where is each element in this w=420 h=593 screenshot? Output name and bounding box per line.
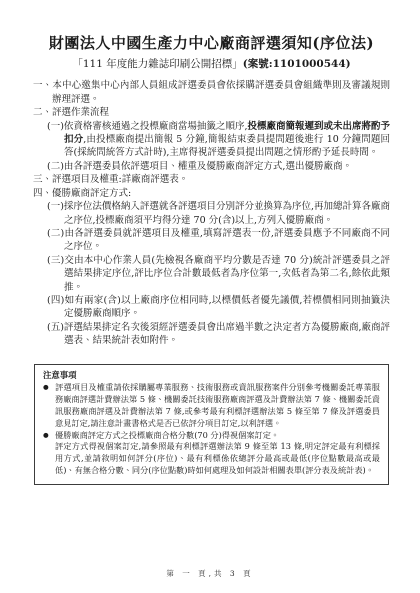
section-4-item-5-text: 評選結果排定名次後須經評選委員會出席過半數之決定者方為優勝廠商,廠商評選表、結果…	[64, 322, 390, 346]
section-2-item-1-prefix: (一)	[47, 121, 64, 132]
bullet-icon: ●	[43, 430, 55, 442]
section-3-text: 評選項目及權重:詳廠商評選表。	[52, 174, 188, 185]
section-2-heading: 二、評選作業流程	[33, 106, 390, 119]
section-4-item-1: (一)採序位法價格納入評選就各評選項目分別評分並換算為序位,再加總計算各廠商之序…	[47, 200, 390, 227]
section-1: 一、本中心邀集中心內部人員組成評選委員會依採購評選委員會組織準則及審議規則辦理評…	[33, 79, 390, 106]
page-number: 第 一 頁,共 3 頁	[0, 568, 420, 579]
section-4-item-4-text: 如有兩家(含)以上廠商序位相同時,以標價低者優先議價,若標價相同則抽籤決定優勝廠…	[64, 295, 390, 319]
section-2-item-2-prefix: (二)	[47, 161, 64, 172]
notes-box: 注意事項 ●評選項目及權重請依採購屬專業服務、技術服務或資訊服務案件分別參考機關…	[34, 364, 389, 485]
note-item-2-text: 優勝廠商評定方式之投標廠商合格分數(70 分)得視個案訂定。	[55, 430, 279, 440]
document-title: 財團法人中國生產力中心廠商評選須知(序位法)	[33, 34, 390, 53]
section-2-item-2: (二)由各評選委員依評選項目、權重及優勝廠商評定方式,選出優勝廠商。	[47, 160, 390, 173]
section-1-prefix: 一、	[33, 80, 52, 91]
section-4-item-3: (三)交由本中心作業人員(先檢視各廠商平均分數是否達 70 分)統計評選委員之評…	[47, 254, 390, 294]
section-2-item-1-text-post: ,由投標廠商提出簡報 5 分鐘,簡報結束委員提問題後進行 10 分鐘問題回答(採…	[64, 134, 390, 158]
note-item-1: ●評選項目及權重請依採購屬專業服務、技術服務或資訊服務案件分別參考機關委託專業服…	[43, 382, 380, 429]
section-4-item-2-prefix: (二)	[47, 228, 64, 239]
section-4-item-5: (五)評選結果排定名次後須經評選委員會出席過半數之決定者方為優勝廠商,廠商評選表…	[47, 321, 390, 348]
section-3-prefix: 三、	[33, 174, 52, 185]
note-item-1-text: 評選項目及權重請依採購屬專業服務、技術服務或資訊服務案件分別參考機關委託專業服務…	[55, 382, 380, 427]
section-3: 三、評選項目及權重:詳廠商評選表。	[33, 173, 390, 186]
section-4-item-1-text: 採序位法價格納入評選就各評選項目分別評分並換算為序位,再加總計算各廠商之序位,投…	[64, 201, 390, 225]
section-2-item-1-text-pre: 依資格審核通過之投標廠商當場抽籤之順序,	[64, 121, 248, 132]
section-2-item-1: (一)依資格審核通過之投標廠商當場抽籤之順序,投標廠商簡報遲到或未出席將酌予扣分…	[47, 120, 390, 160]
section-4-item-4: (四)如有兩家(含)以上廠商序位相同時,以標價低者優先議價,若標價相同則抽籤決定…	[47, 294, 390, 321]
note-item-2: ●優勝廠商評定方式之投標廠商合格分數(70 分)得視個案訂定。	[43, 430, 380, 442]
section-2-title: 評選作業流程	[52, 107, 109, 118]
bullet-icon: ●	[43, 382, 55, 394]
document-page: 財團法人中國生產力中心廠商評選須知(序位法) 「111 年度能力雜誌印刷公開招標…	[0, 0, 420, 593]
section-2-item-2-text: 由各評選委員依評選項目、權重及優勝廠商評定方式,選出優勝廠商。	[64, 161, 352, 172]
subtitle-tender-name: 「111 年度能力雜誌印刷公開招標」	[72, 58, 242, 70]
note-item-2-continuation: 評定方式得視個案訂定,請參照最有利標評選辦法第 9 條至第 13 條,明定評定最…	[43, 441, 380, 476]
section-1-text: 本中心邀集中心內部人員組成評選委員會依採購評選委員會組織準則及審議規則辦理評選。	[52, 80, 390, 104]
document-subtitle: 「111 年度能力雜誌印刷公開招標」(案號:1101000544)	[33, 57, 390, 72]
notes-heading: 注意事項	[43, 370, 380, 382]
section-4-item-2: (二)由各評選委員就評選項目及權重,填寫評選表一份,評選委員應予不同廠商不同之序…	[47, 227, 390, 254]
section-4-item-5-prefix: (五)	[47, 322, 64, 333]
section-2-prefix: 二、	[33, 107, 52, 118]
section-4-prefix: 四、	[33, 188, 52, 199]
document-body: 一、本中心邀集中心內部人員組成評選委員會依採購評選委員會組織準則及審議規則辦理評…	[33, 79, 390, 347]
section-4-item-4-prefix: (四)	[47, 295, 64, 306]
section-4-item-3-prefix: (三)	[47, 255, 64, 266]
section-4-heading: 四、優勝廠商評定方式:	[33, 187, 390, 200]
section-4-item-1-prefix: (一)	[47, 201, 64, 212]
section-4-item-2-text: 由各評選委員就評選項目及權重,填寫評選表一份,評選委員應予不同廠商不同之序位。	[64, 228, 390, 252]
section-4-title: 優勝廠商評定方式:	[52, 188, 131, 199]
section-4-item-3-text: 交由本中心作業人員(先檢視各廠商平均分數是否達 70 分)統計評選委員之評選結果…	[64, 255, 390, 293]
subtitle-case-number: (案號:1101000544)	[243, 58, 351, 70]
